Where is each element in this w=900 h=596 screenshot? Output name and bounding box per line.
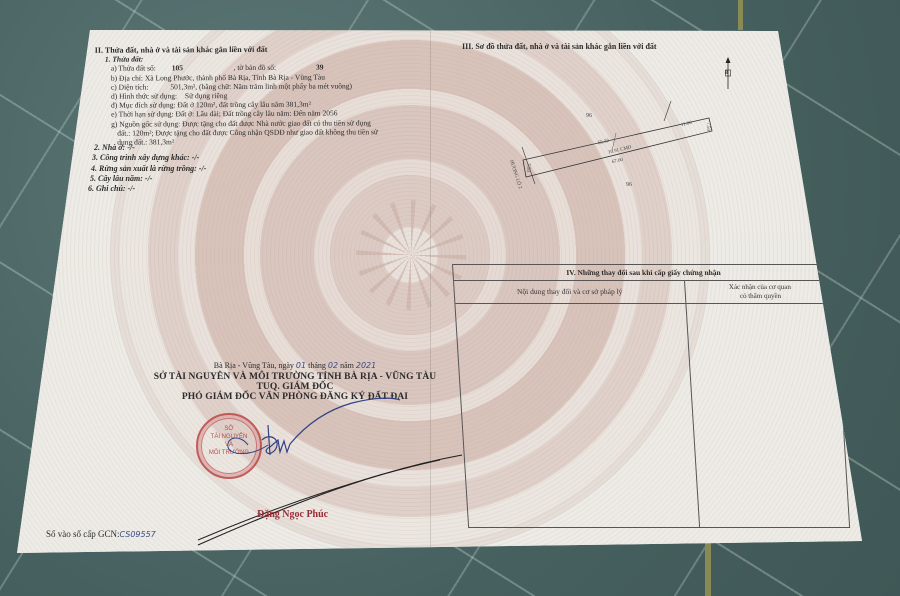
map-sheet-number: 39 <box>316 63 324 72</box>
other-assets-list: 2. Nhà ở: -/- 3. Công trình xây dựng khá… <box>90 143 206 194</box>
changes-table-body <box>455 304 849 527</box>
term-value: Đất ở: Lâu dài; Đất trồng cây lâu năm: Đ… <box>175 109 337 119</box>
item-notes: 6. Ghi chú: -/- <box>88 184 206 194</box>
edge-length-top: 55.32 <box>597 137 610 148</box>
section-ii: II. Thửa đất, nhà ở và tài sản khác gắn … <box>95 44 378 147</box>
certificate-register-number: Số vào sổ cấp GCN:CS09557 <box>46 529 156 539</box>
neighbor-parcel-north: 96 <box>586 112 592 121</box>
road-label: HƯƠNG LỘ 2 <box>506 159 524 190</box>
area-row: c) Diện tích: 501,3m², (bằng chữ: Năm tr… <box>95 81 378 92</box>
signature-block: Bà Rịa - Vũng Tàu, ngày 01 tháng 02 năm … <box>150 361 440 402</box>
section-ii-title: II. Thửa đất, nhà ở và tài sản khác gắn … <box>95 44 378 55</box>
north-label: B <box>725 69 728 78</box>
handwritten-signature <box>0 0 900 596</box>
term-label: e) Thời hạn sử dụng: <box>111 110 174 119</box>
tile-grout <box>738 0 743 30</box>
parcel-area-label: 10.91 CMD <box>607 143 632 157</box>
parcel-row: a) Thửa đất số: 105 , tờ bản đồ số: 39 <box>95 63 378 74</box>
page-fold <box>430 30 431 550</box>
changes-table: IV. Những thay đổi sau khi cấp giấy chứn… <box>452 264 850 528</box>
area-value: 501,3m², (bằng chữ: Năm trăm linh một ph… <box>170 81 352 91</box>
term-row: e) Thời hạn sử dụng: Đất ở: Lâu dài; Đất… <box>95 109 378 120</box>
authorization-line: TUQ. GIÁM ĐỐC <box>150 382 440 392</box>
purpose-row: đ) Mục đích sử dụng: Đất ở 120m², đất tr… <box>95 99 378 110</box>
usage-form-label: d) Hình thức sử dụng: <box>111 91 177 100</box>
address-label: b) Địa chỉ: <box>111 73 143 82</box>
item-production-forest: 4. Rừng sản xuất là rừng trồng: -/- <box>90 164 206 174</box>
usage-form-row: d) Hình thức sử dụng: Sử dụng riêng <box>95 90 378 101</box>
changes-table-title: IV. Những thay đổi sau khi cấp giấy chứn… <box>453 265 834 281</box>
parcel-diagram <box>0 0 900 596</box>
parcel-label: a) Thửa đất số: <box>111 64 156 73</box>
issue-day: 01 <box>296 361 306 370</box>
address-value: Xã Long Phước, thành phố Bà Rịa, Tỉnh Bà… <box>145 72 325 82</box>
purpose-label: đ) Mục đích sử dụng: <box>111 101 176 110</box>
changes-content-cell <box>455 304 700 527</box>
purpose-value: Đất ở 120m², đất trồng cây lâu năm 381,3… <box>177 100 310 110</box>
official-red-seal: SỞ TÀI NGUYÊN VÀ MÔI TRƯỜNG <box>196 413 262 479</box>
area-label: c) Diện tích: <box>111 82 149 91</box>
parcel-number: 105 <box>172 63 232 73</box>
map-sheet-label: , tờ bản đồ số: <box>234 63 277 72</box>
column-header-confirmation: Xác nhận của cơ quan có thẩm quyền <box>685 281 835 303</box>
north-arrow-icon <box>724 57 732 90</box>
usage-form-value: Sử dụng riêng <box>185 91 227 100</box>
edge-length-left: 7.50 <box>523 163 532 172</box>
edge-length-bottom: 67.00 <box>611 156 624 167</box>
item-other-construction: 3. Công trình xây dựng khác: -/- <box>90 153 206 163</box>
changes-table-header: Nội dung thay đổi và cơ sở pháp lý Xác n… <box>454 281 835 304</box>
address-row: b) Địa chỉ: Xã Long Phước, thành phố Bà … <box>95 72 378 83</box>
section-iii-title: III. Sơ đồ thửa đất, nhà ở và tài sản kh… <box>462 42 657 51</box>
land-heading: 1. Thửa đất: <box>95 53 378 64</box>
issue-month: 02 <box>328 361 338 370</box>
tile-grout <box>705 540 711 596</box>
issuing-department: SỞ TÀI NGUYÊN VÀ MÔI TRƯỜNG TỈNH BÀ RỊA … <box>150 372 440 382</box>
item-perennial-trees: 5. Cây lâu năm: -/- <box>90 174 206 184</box>
land-use-certificate: II. Thửa đất, nhà ở và tài sản khác gắn … <box>0 0 900 596</box>
signer-title: PHÓ GIÁM ĐỐC VĂN PHÒNG ĐĂNG KÝ ĐẤT ĐAI <box>150 392 440 402</box>
origin-line-2: đất.: 120m²; Được tặng cho đất được Công… <box>95 127 378 138</box>
signer-name: Đặng Ngọc Phúc <box>257 509 328 520</box>
origin-row: g) Nguồn gốc sử dụng: Được tặng cho đất … <box>95 118 378 129</box>
origin-label: g) Nguồn gốc sử dụng: <box>111 119 180 128</box>
origin-line-3: dụng đất.: 381,3m² <box>95 136 378 147</box>
issue-year: 2021 <box>356 361 376 370</box>
origin-line-1: Được tặng cho đất được Nhà nước giao đất… <box>182 118 371 128</box>
issue-date: Bà Rịa - Vũng Tàu, ngày 01 tháng 02 năm … <box>150 361 440 370</box>
column-header-content: Nội dung thay đổi và cơ sở pháp lý <box>454 281 686 303</box>
neighbor-parcel-south: 96 <box>626 181 632 190</box>
changes-confirmation-cell <box>686 304 849 527</box>
item-house: 2. Nhà ở: -/- <box>90 143 206 153</box>
drum-emblem-star-icon <box>356 200 466 310</box>
edge-length-top-right: 11.00 <box>680 119 693 130</box>
edge-length-right: 7.50 <box>703 122 712 131</box>
